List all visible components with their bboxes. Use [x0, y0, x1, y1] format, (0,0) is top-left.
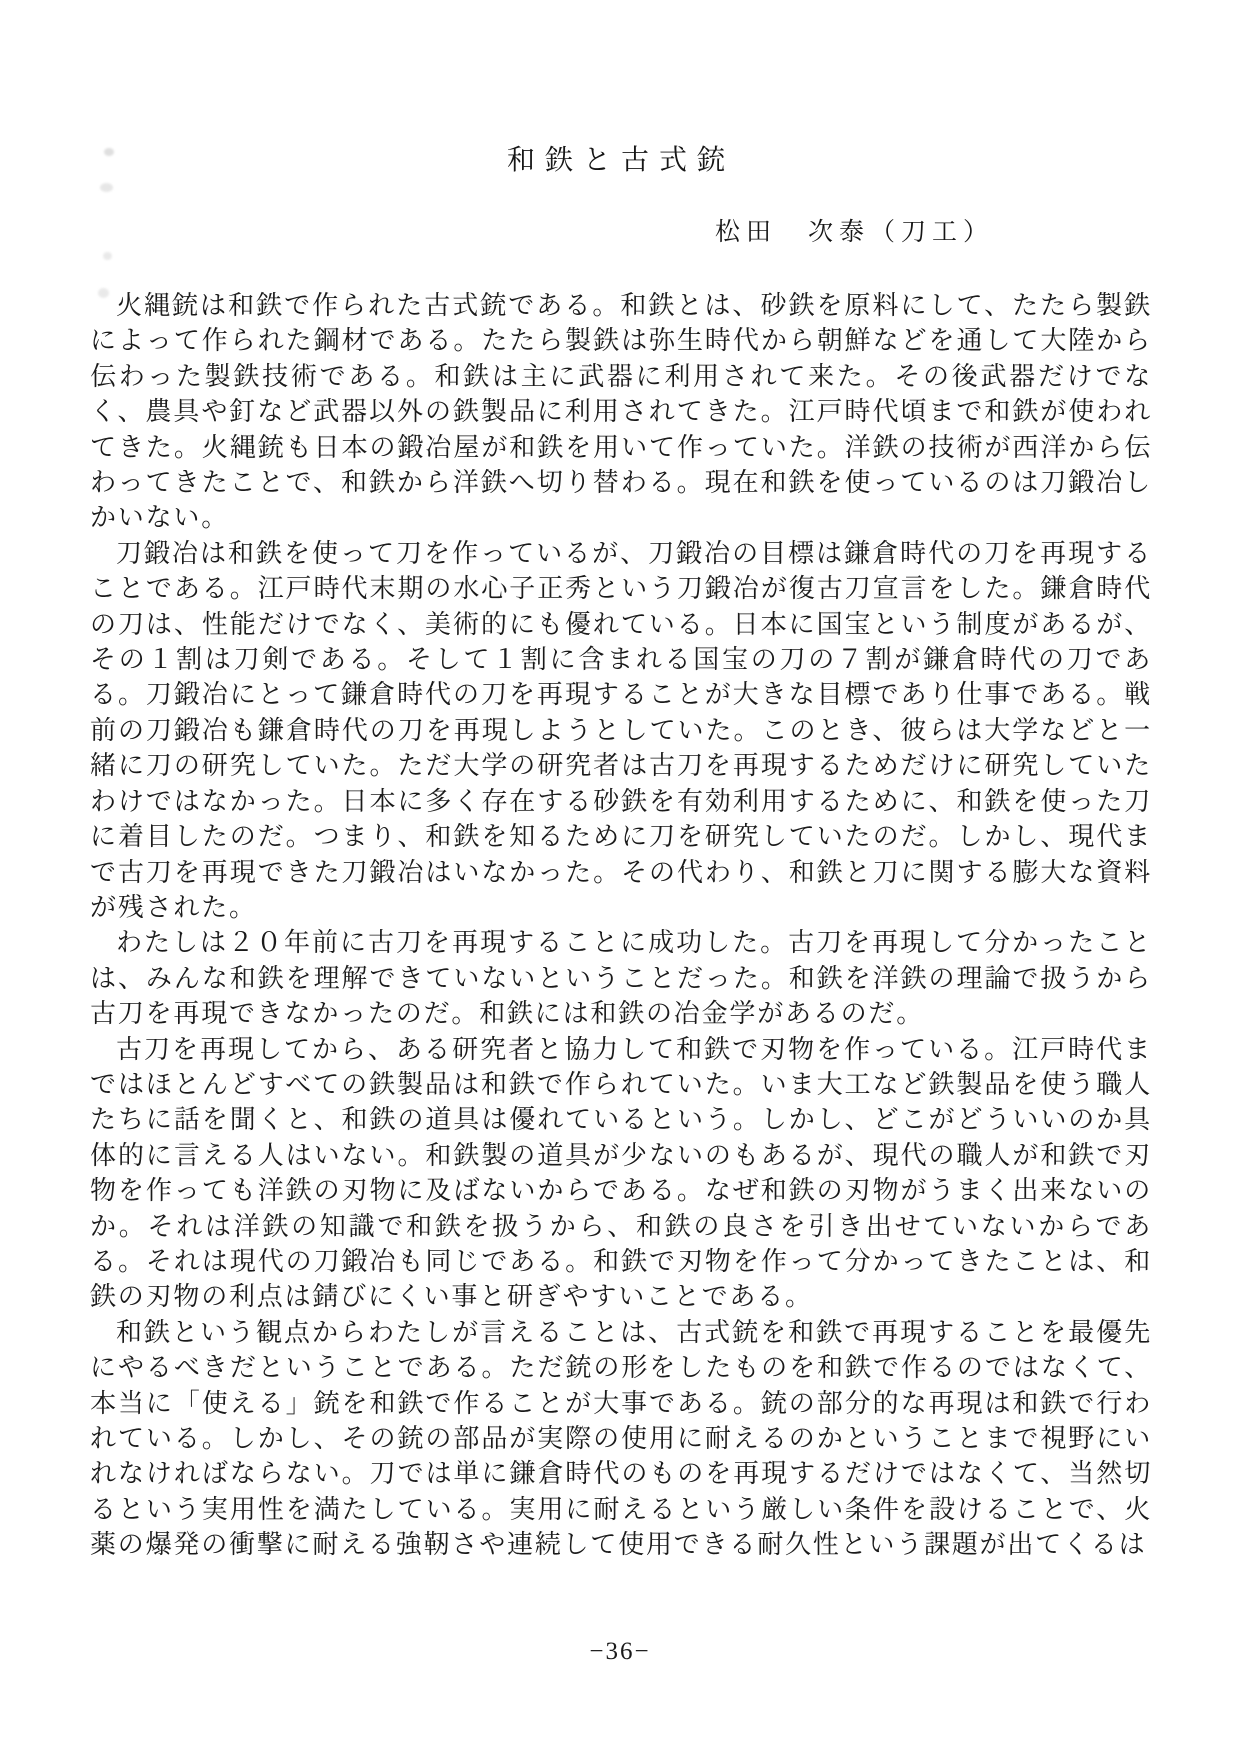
- body-text: 火縄銃は和鉄で作られた古式銃である。和鉄とは、砂鉄を原料にして、たたら製鉄によっ…: [90, 288, 1152, 1563]
- paragraph-1: 火縄銃は和鉄で作られた古式銃である。和鉄とは、砂鉄を原料にして、たたら製鉄によっ…: [90, 288, 1152, 536]
- author-line: 松田 次泰（刀工）: [90, 212, 1152, 248]
- paragraph-4: 古刀を再現してから、ある研究者と協力して和鉄で刃物を作っている。江戸時代まではほ…: [90, 1032, 1152, 1315]
- document-title: 和鉄と古式銃: [90, 138, 1152, 178]
- paragraph-5: 和鉄という観点からわたしが言えることは、古式銃を和鉄で再現することを最優先にやる…: [90, 1315, 1152, 1563]
- text-block: 和鉄と古式銃 松田 次泰（刀工） 火縄銃は和鉄で作られた古式銃である。和鉄とは、…: [90, 138, 1152, 1563]
- paragraph-3: わたしは２０年前に古刀を再現することに成功した。古刀を再現して分かったことは、み…: [90, 925, 1152, 1031]
- paragraph-2: 刀鍛冶は和鉄を使って刀を作っているが、刀鍛冶の目標は鎌倉時代の刀を再現することで…: [90, 536, 1152, 925]
- page-number: −36−: [0, 1638, 1240, 1666]
- document-page: 和鉄と古式銃 松田 次泰（刀工） 火縄銃は和鉄で作られた古式銃である。和鉄とは、…: [0, 0, 1240, 1754]
